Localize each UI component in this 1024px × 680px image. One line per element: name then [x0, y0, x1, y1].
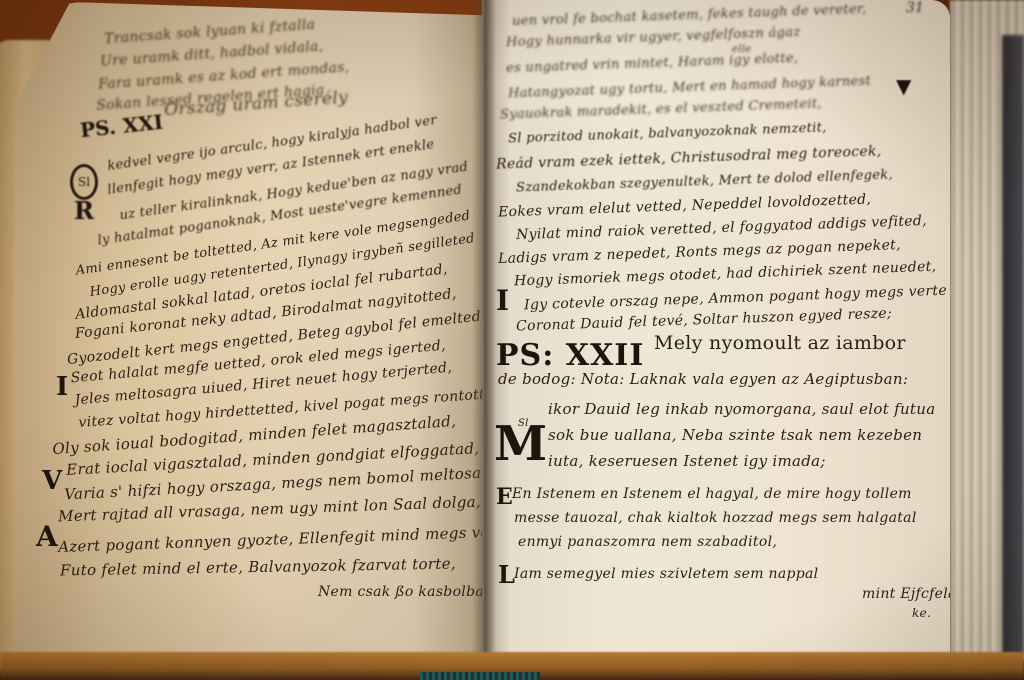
verse-line: Azert pogant konnyen gyozte, Ellenfegit … [58, 522, 482, 556]
drop-cap: I [56, 372, 68, 402]
verse-line: Syauokrak maradekit, es el veszted Creme… [500, 96, 822, 122]
verse-line: Futo felet mind el erte, Balvanyozok fza… [60, 555, 456, 580]
page-number: 31 [906, 0, 924, 16]
bookmark-cloth [420, 672, 540, 680]
right-page: 31 uen vrol fe bochat kasetem, fekes tau… [482, 0, 950, 662]
open-manuscript-book: Trancsak sok lyuan ki fztalla Ure uramk … [0, 0, 1024, 680]
psalm-xxii-title-cont: de bodog: Nota: Laknak vala egyen az Aeg… [498, 370, 908, 388]
verse-line: Reád vram ezek iettek, Christusodral meg… [496, 143, 882, 172]
verse-line: iuta, keseruesen Istenet igy imada; [548, 452, 826, 470]
drop-cap: E [496, 484, 513, 510]
margin-mark: Sl [518, 418, 529, 429]
catchword: mint Ejfcfelan [862, 586, 950, 602]
verse-line: uen vrol fe bochat kasetem, fekes taugh … [512, 2, 867, 29]
drop-cap: A [36, 520, 58, 553]
verse-line: Iam semegyel mies szivletem sem nappal [514, 566, 818, 582]
circled-margin-mark: Sl [70, 164, 98, 200]
verse-line: Sl porzitod unokait, balvanyozoknak nemz… [508, 120, 827, 146]
catchword: Nem csak ßo kasbolba [318, 584, 482, 600]
book-gutter [472, 0, 496, 662]
drop-cap: L [498, 560, 515, 589]
verse-line: Hogy hunnarka vir ugyer, vegfelfoszn ága… [506, 25, 801, 50]
verse-line: enmyi panaszomra nem szabaditol, [518, 534, 777, 550]
drop-cap: I [496, 284, 509, 317]
verse-line: es ungatred vrin mintet, Haram igy elott… [506, 51, 799, 76]
psalm-heading-xxii: PS: XXII [496, 338, 644, 373]
verse-line: sok bue uallana, Neba szinte tsak nem ke… [548, 426, 922, 444]
verse-line: En Istenem en Istenem el hagyal, de mire… [512, 486, 912, 502]
psalm-xxii-title: Mely nyomoult az iambor [654, 332, 906, 354]
psalm-heading-xxi: PS. XXI [79, 110, 164, 143]
catchword-tail: ke. [912, 606, 931, 620]
left-page: Trancsak sok lyuan ki fztalla Ure uramk … [14, 2, 482, 662]
drop-cap: R [74, 196, 94, 225]
verse-line: Szandekokban szegyenultek, Mert te dolod… [516, 167, 893, 195]
verse-line: ikor Dauid leg inkab nyomorgana, saul el… [548, 400, 935, 418]
book-cover-edge [1002, 35, 1024, 655]
drop-cap: V [42, 466, 62, 496]
margin-pointer-mark: ▼ [896, 74, 911, 98]
verse-line: messe tauozal, chak kialtok hozzad megs … [514, 510, 917, 526]
